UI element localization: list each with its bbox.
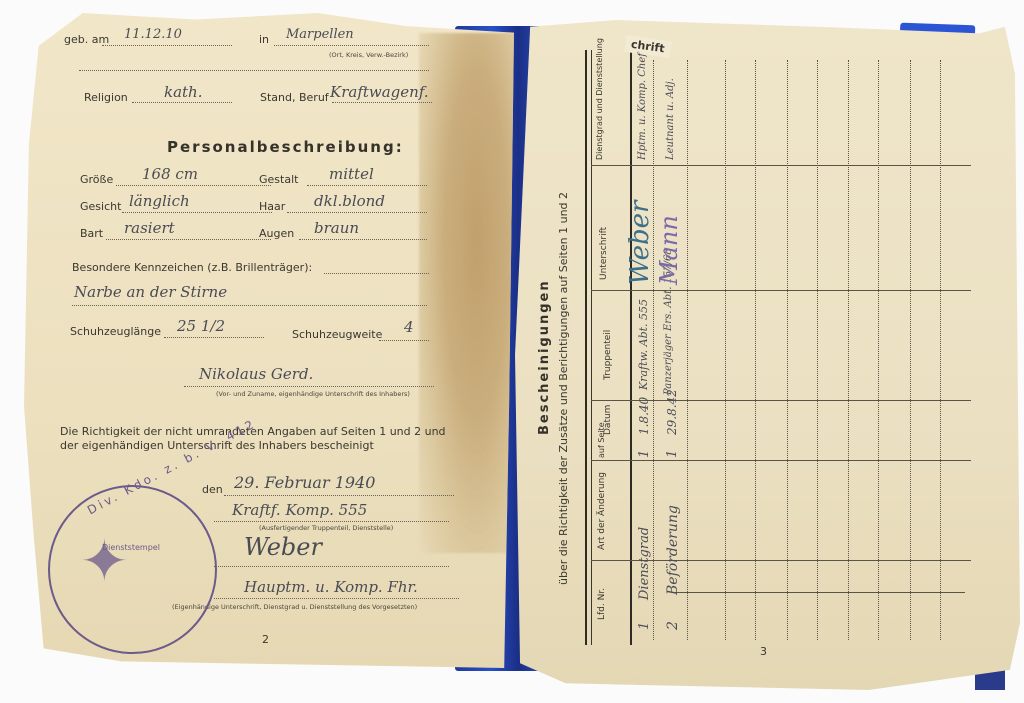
gestalt-label: Gestalt (259, 173, 298, 186)
dotted-line (214, 598, 459, 599)
dotted-line (324, 273, 429, 274)
dotted-line (299, 239, 427, 240)
row1-dienstgrad: Hptm. u. Komp. Chef (637, 53, 648, 160)
col-art: Art der Änderung (597, 472, 607, 550)
col-lfd-nr: Lfd. Nr. (597, 588, 607, 620)
holder-signature-caption: (Vor- und Zuname, eigenhändige Unterschr… (216, 390, 410, 398)
row-line (591, 460, 971, 461)
date-value: 29. Februar 1940 (234, 473, 375, 492)
date-label: den (202, 483, 223, 496)
groesse-value: 168 cm (142, 165, 198, 183)
col-unterschrift: Unterschrift (599, 227, 609, 280)
dotted-line (379, 340, 429, 341)
dotted-line (132, 102, 232, 103)
column-dots (910, 60, 911, 640)
row1-truppenteil: Kraftw. Abt. 555 (637, 299, 650, 390)
column-dots (817, 60, 818, 640)
stand-beruf-label: Stand, Beruf (260, 91, 329, 104)
dotted-line (214, 521, 449, 522)
dotted-line (274, 45, 429, 46)
right-page: Bescheinigungen über die Richtigkeit der… (515, 20, 1020, 690)
table-border (585, 50, 587, 645)
gesicht-value: länglich (129, 192, 190, 210)
dotted-line (164, 337, 264, 338)
row1-nr: 1 (637, 622, 652, 630)
row2-seite: 1 (665, 450, 680, 458)
schuhlaenge-value: 25 1/2 (177, 317, 225, 335)
schuhlaenge-label: Schuhzeuglänge (70, 325, 161, 338)
col-truppenteil: Truppenteil (603, 330, 613, 380)
dotted-line (79, 70, 429, 71)
bart-label: Bart (80, 227, 103, 240)
column-dots (653, 60, 654, 640)
row2-datum: 29.8.42 (665, 389, 679, 435)
in-note: (Ort, Kreis, Verw.-Bezirk) (329, 51, 408, 59)
page-number-right: 3 (760, 645, 767, 658)
dotted-line (307, 185, 427, 186)
dotted-line (116, 185, 271, 186)
religion-value: kath. (164, 83, 203, 101)
holder-signature: Nikolaus Gerd. (199, 365, 313, 383)
dotted-line (214, 566, 449, 567)
dotted-line (106, 239, 271, 240)
kennzeichen-value: Narbe an der Stirne (74, 283, 227, 301)
column-dots (687, 60, 688, 640)
officer-signature: Weber (244, 533, 322, 561)
unit-value: Kraftf. Komp. 555 (232, 501, 367, 519)
row-line (591, 290, 971, 291)
in-label: in (259, 33, 269, 46)
column-dots (787, 60, 788, 640)
groesse-label: Größe (80, 173, 113, 186)
table-border (591, 50, 592, 645)
dotted-line (184, 386, 434, 387)
stand-beruf-value: Kraftwagenf. (330, 83, 429, 101)
row1-unterschrift: Weber (625, 201, 655, 285)
dotted-line (287, 212, 427, 213)
unit-caption: (Ausfertigender Truppenteil, Dienststell… (259, 524, 393, 532)
schuhweite-value: 4 (404, 318, 414, 336)
row2-dienstgrad: Leutnant u. Adj. (665, 78, 676, 160)
officer-rank: Hauptm. u. Komp. Fhr. (244, 578, 418, 596)
row2-art: Beförderung (665, 505, 681, 595)
dotted-line (332, 102, 432, 103)
haar-label: Haar (259, 200, 285, 213)
column-dots (725, 60, 726, 640)
eagle-emblem-icon: ✦ (80, 532, 129, 590)
geb-am-value: 11.12.10 (124, 27, 182, 42)
row1-datum: 1.8.40 (637, 397, 651, 435)
col-datum: Datum (603, 405, 613, 435)
right-title: Bescheinigungen (537, 279, 552, 435)
gesicht-label: Gesicht (80, 200, 121, 213)
religion-label: Religion (84, 91, 128, 104)
augen-value: braun (314, 219, 359, 237)
bart-value: rasiert (124, 219, 175, 237)
gestalt-value: mittel (329, 165, 374, 183)
column-dots (878, 60, 879, 640)
row-line (675, 592, 965, 593)
in-value: Marpellen (286, 27, 354, 42)
dotted-line (72, 305, 427, 306)
table-divider (630, 50, 632, 645)
section-title: Personalbeschreibung: (167, 138, 404, 156)
column-dots (755, 60, 756, 640)
kennzeichen-label: Besondere Kennzeichen (z.B. Brillenträge… (72, 261, 312, 274)
official-stamp: Div. Kdo. z. b. V. 412 Dienststempel ✦ (48, 485, 217, 654)
row1-art: Dienstgrad (637, 527, 652, 600)
row2-unterschrift: Mann (655, 215, 683, 285)
column-dots (848, 60, 849, 640)
row-line (591, 165, 971, 166)
column-dots (940, 60, 941, 640)
dotted-line (122, 212, 272, 213)
right-subtitle: über die Richtigkeit der Zusätze und Ber… (557, 192, 570, 585)
haar-value: dkl.blond (314, 192, 385, 210)
schuhweite-label: Schuhzeugweite (292, 328, 382, 341)
row1-seite: 1 (637, 450, 652, 458)
dotted-line (102, 45, 232, 46)
dotted-line (224, 495, 454, 496)
row2-nr: 2 (665, 621, 681, 630)
augen-label: Augen (259, 227, 294, 240)
page-number-left: 2 (262, 633, 269, 646)
col-dienstgrad: Dienstgrad und Dienststellung (595, 38, 604, 160)
